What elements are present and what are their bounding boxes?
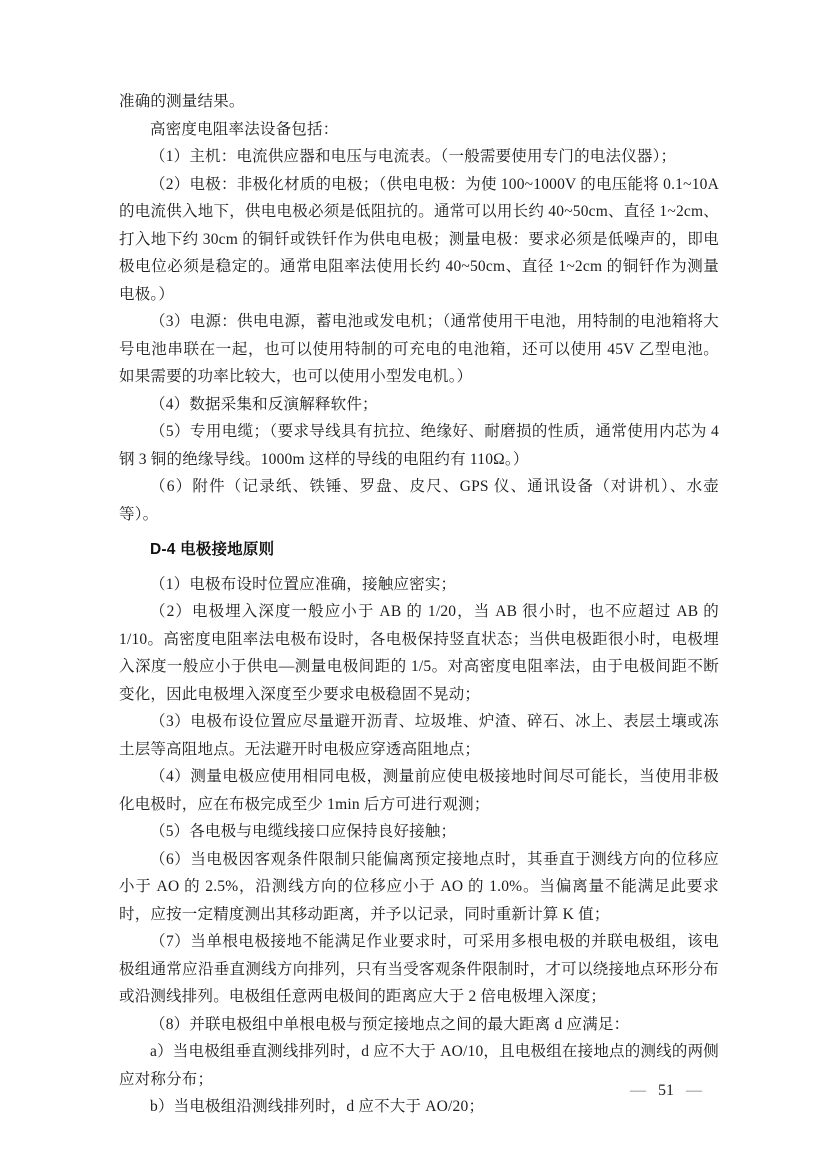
- rule-item: （7）当单根电极接地不能满足作业要求时，可采用多根电极的并联电极组，该电极组通常…: [119, 928, 719, 1011]
- rule-item: （3）电极布设位置应尽量避开沥青、垃圾堆、炉渣、碎石、冰上、表层土壤或冻土层等高…: [119, 708, 719, 763]
- paragraph: 高密度电阻率法设备包括：: [119, 116, 719, 144]
- rule-item: （2）电极埋入深度一般应小于 AB 的 1/20，当 AB 很小时，也不应超过 …: [119, 598, 719, 708]
- rule-item: （4）测量电极应使用相同电极，测量前应使电极接地时间尽可能长，当使用非极化电极时…: [119, 763, 719, 818]
- paragraph: （1）主机：电流供应器和电压与电流表。（一般需要使用专门的电法仪器）；: [119, 143, 719, 171]
- rule-item: a）当电极组垂直测线排列时，d 应不大于 AO/10，且电极组在接地点的测线的两…: [119, 1038, 719, 1093]
- rule-item: （8）并联电极组中单根电极与预定接地点之间的最大距离 d 应满足：: [119, 1011, 719, 1039]
- paragraph: 准确的测量结果。: [119, 88, 719, 116]
- document-body: 准确的测量结果。 高密度电阻率法设备包括： （1）主机：电流供应器和电压与电流表…: [119, 88, 719, 1121]
- rule-item: （1）电极布设时位置应准确，接触应密实；: [119, 571, 719, 599]
- paragraph: （2）电极：非极化材质的电极；（供电电极：为使 100~1000V 的电压能将 …: [119, 171, 719, 309]
- footer-dash-right: —: [686, 1082, 702, 1099]
- paragraph: （4）数据采集和反演解释软件；: [119, 391, 719, 419]
- rule-item: b）当电极组沿测线排列时，d 应不大于 AO/20；: [119, 1093, 719, 1121]
- rule-item: （5）各电极与电缆线接口应保持良好接触；: [119, 818, 719, 846]
- section-heading: D-4 电极接地原则: [119, 536, 719, 564]
- paragraph: （6）附件（记录纸、铁锤、罗盘、皮尺、GPS 仪、通讯设备（对讲机）、水壶等）。: [119, 473, 719, 528]
- footer-dash-left: —: [630, 1082, 646, 1099]
- rule-item: （6）当电极因客观条件限制只能偏离预定接地点时，其垂直于测线方向的位移应小于 A…: [119, 846, 719, 929]
- paragraph: （5）专用电缆；（要求导线具有抗拉、绝缘好、耐磨损的性质，通常使用内芯为 4 钢…: [119, 418, 719, 473]
- page-footer: —51—: [630, 1079, 702, 1103]
- paragraph: （3）电源：供电电源，蓄电池或发电机；（通常使用干电池，用特制的电池箱将大号电池…: [119, 308, 719, 391]
- page-number: 51: [658, 1082, 674, 1099]
- document-page: 准确的测量结果。 高密度电阻率法设备包括： （1）主机：电流供应器和电压与电流表…: [0, 0, 826, 1169]
